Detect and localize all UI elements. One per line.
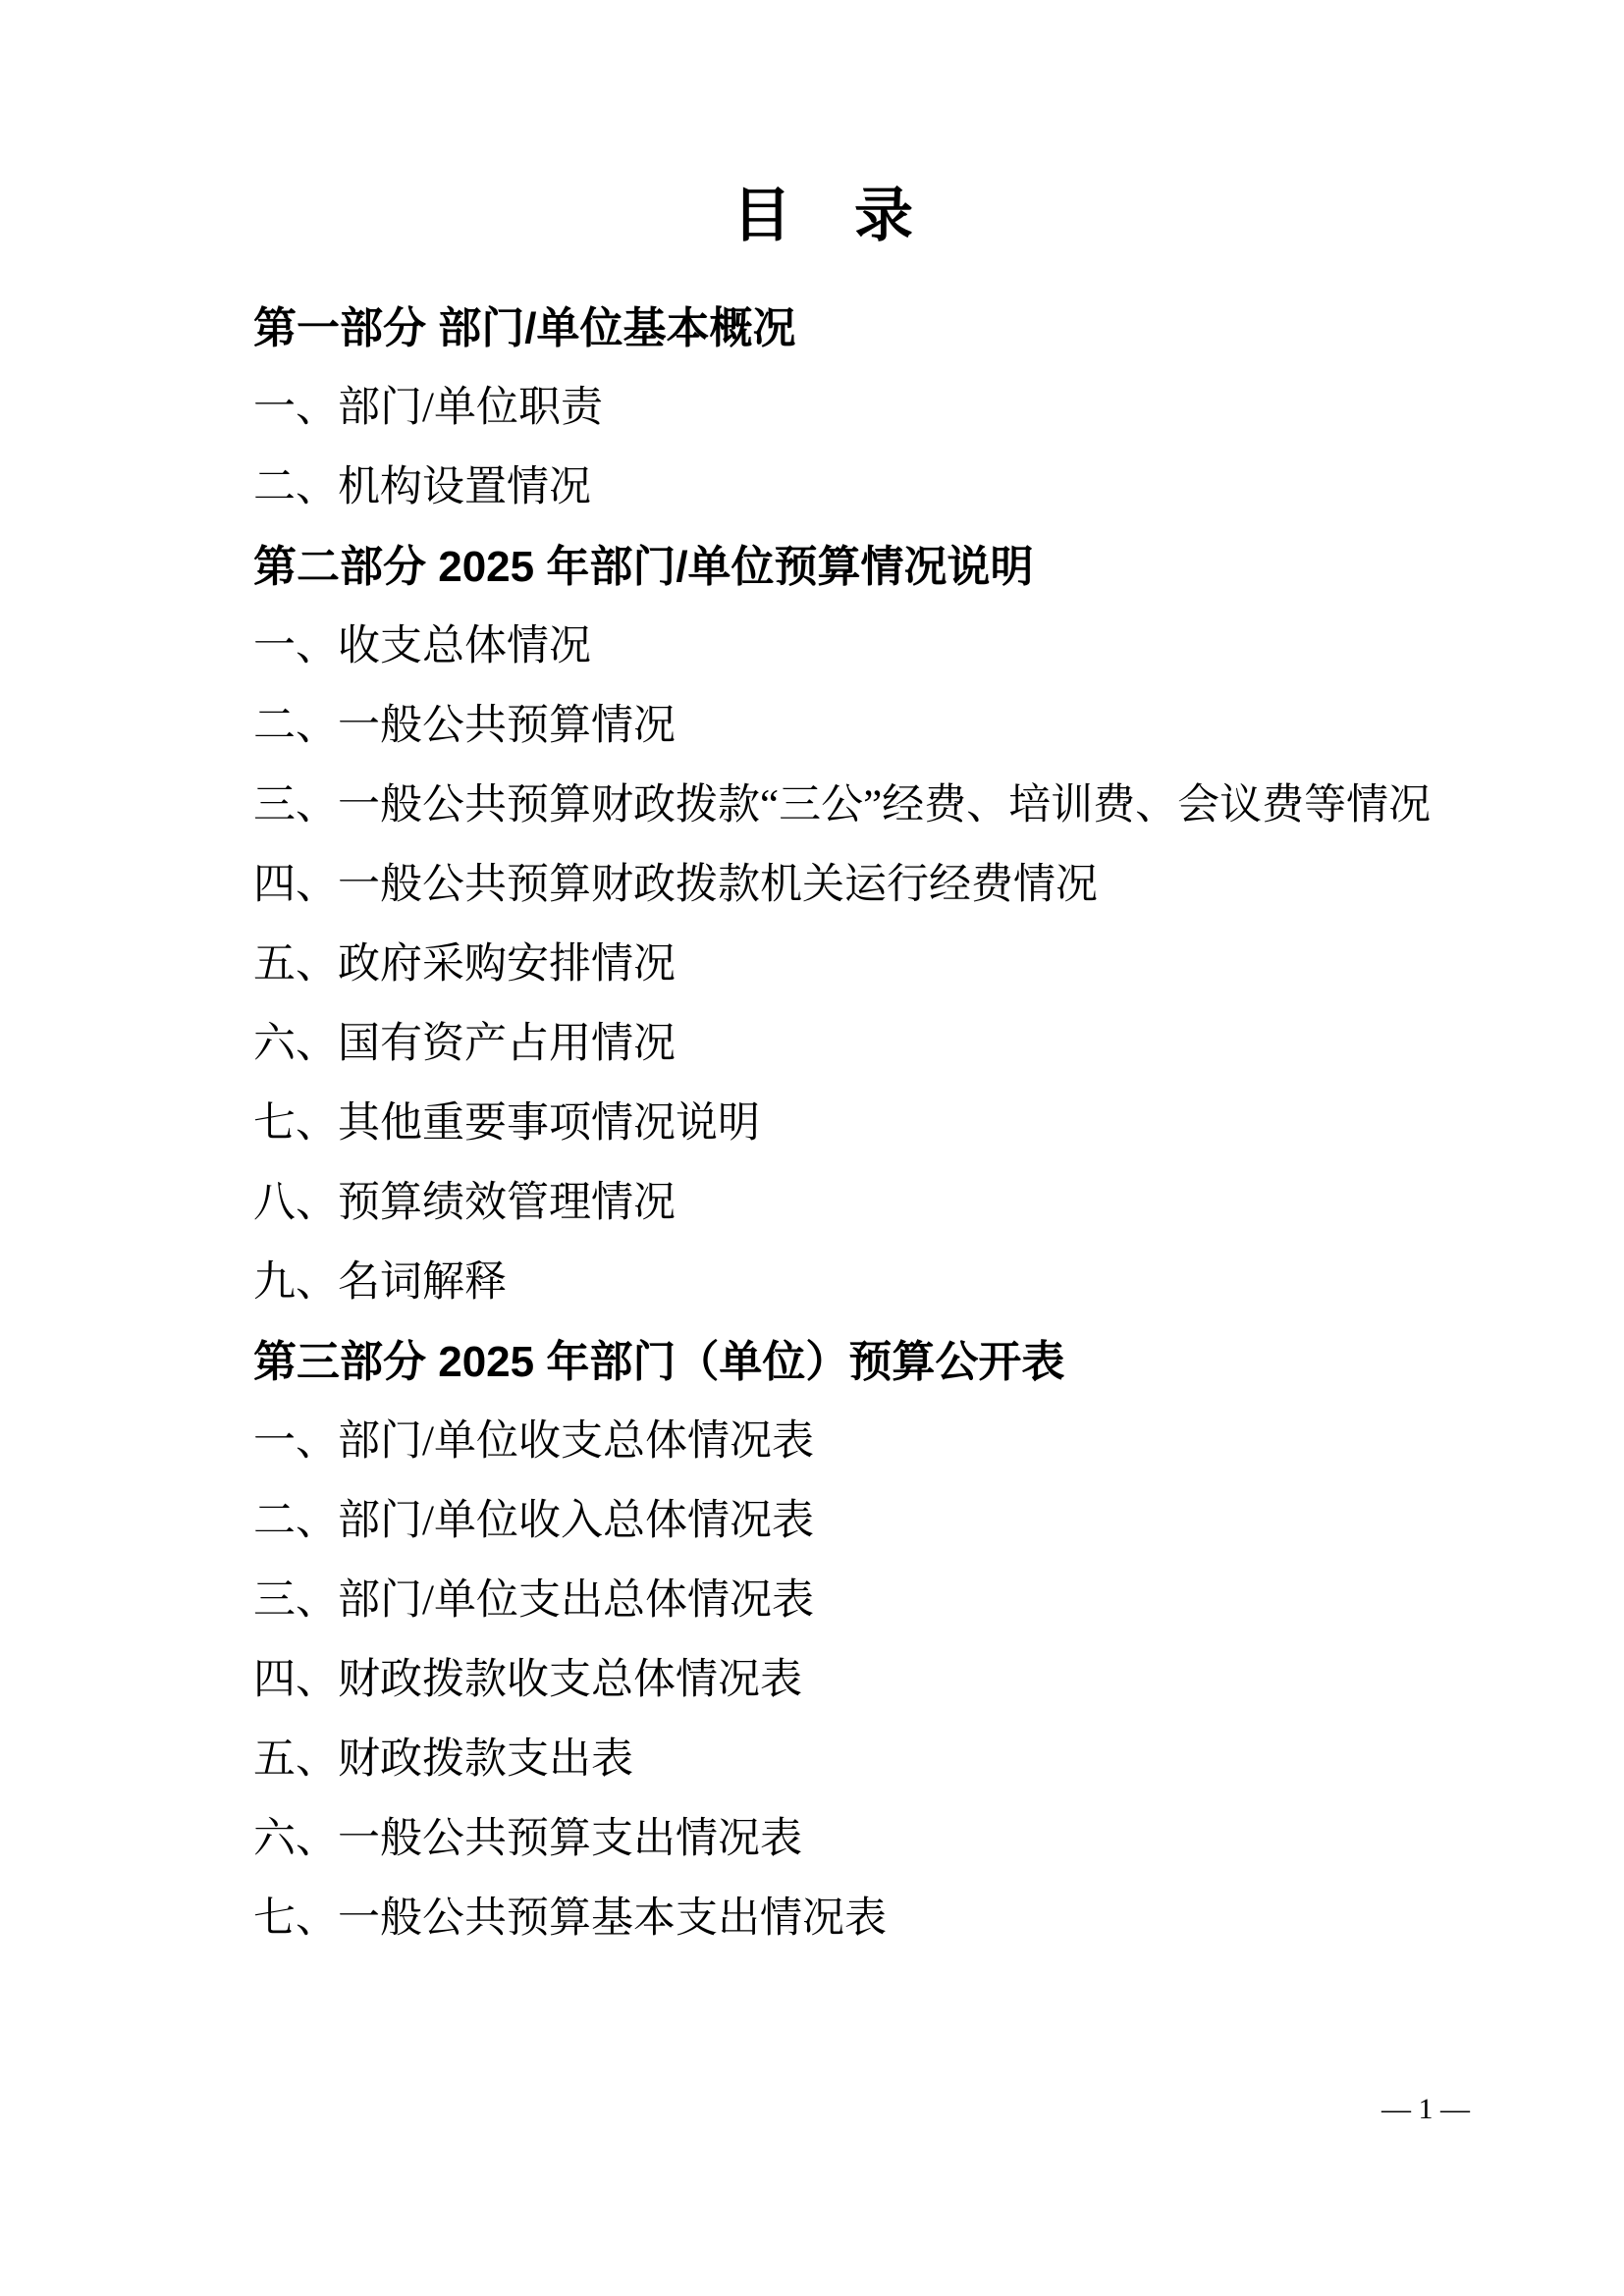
document-page: 目 录 第一部分 部门/单位基本概况一、部门/单位职责二、机构设置情况第二部分 …: [0, 0, 1624, 2296]
toc-item: 二、机构设置情况: [169, 448, 1457, 527]
toc-item: 九、名词解释: [169, 1243, 1457, 1322]
toc-item: 五、政府采购安排情况: [169, 925, 1457, 1004]
toc-item: 三、一般公共预算财政拨款“三公”经费、培训费、会议费等情况: [169, 766, 1457, 845]
toc-item: 五、财政拨款支出表: [169, 1720, 1457, 1799]
toc-item: 六、一般公共预算支出情况表: [169, 1799, 1457, 1879]
toc-section-heading: 第一部分 部门/单位基本概况: [169, 289, 1457, 368]
page-title: 目 录: [0, 167, 1624, 265]
toc-item: 七、一般公共预算基本支出情况表: [169, 1879, 1457, 1958]
toc-item: 一、收支总体情况: [169, 607, 1457, 686]
toc-item: 二、一般公共预算情况: [169, 686, 1457, 766]
toc-item: 七、其他重要事项情况说明: [169, 1084, 1457, 1163]
toc-section-heading: 第二部分 2025 年部门/单位预算情况说明: [169, 527, 1457, 607]
toc-item: 四、财政拨款收支总体情况表: [169, 1640, 1457, 1720]
toc-item: 八、预算绩效管理情况: [169, 1163, 1457, 1243]
toc-section-heading: 第三部分 2025 年部门（单位）预算公开表: [169, 1322, 1457, 1402]
toc-item: 一、部门/单位职责: [169, 368, 1457, 448]
toc-item: 四、一般公共预算财政拨款机关运行经费情况: [169, 845, 1457, 925]
toc-item: 二、部门/单位收入总体情况表: [169, 1481, 1457, 1561]
toc-item: 六、国有资产占用情况: [169, 1004, 1457, 1084]
toc-item: 一、部门/单位收支总体情况表: [169, 1402, 1457, 1481]
toc-item: 三、部门/单位支出总体情况表: [169, 1561, 1457, 1640]
toc-list: 第一部分 部门/单位基本概况一、部门/单位职责二、机构设置情况第二部分 2025…: [169, 289, 1457, 1958]
page-number: — 1 —: [1381, 2090, 1470, 2129]
